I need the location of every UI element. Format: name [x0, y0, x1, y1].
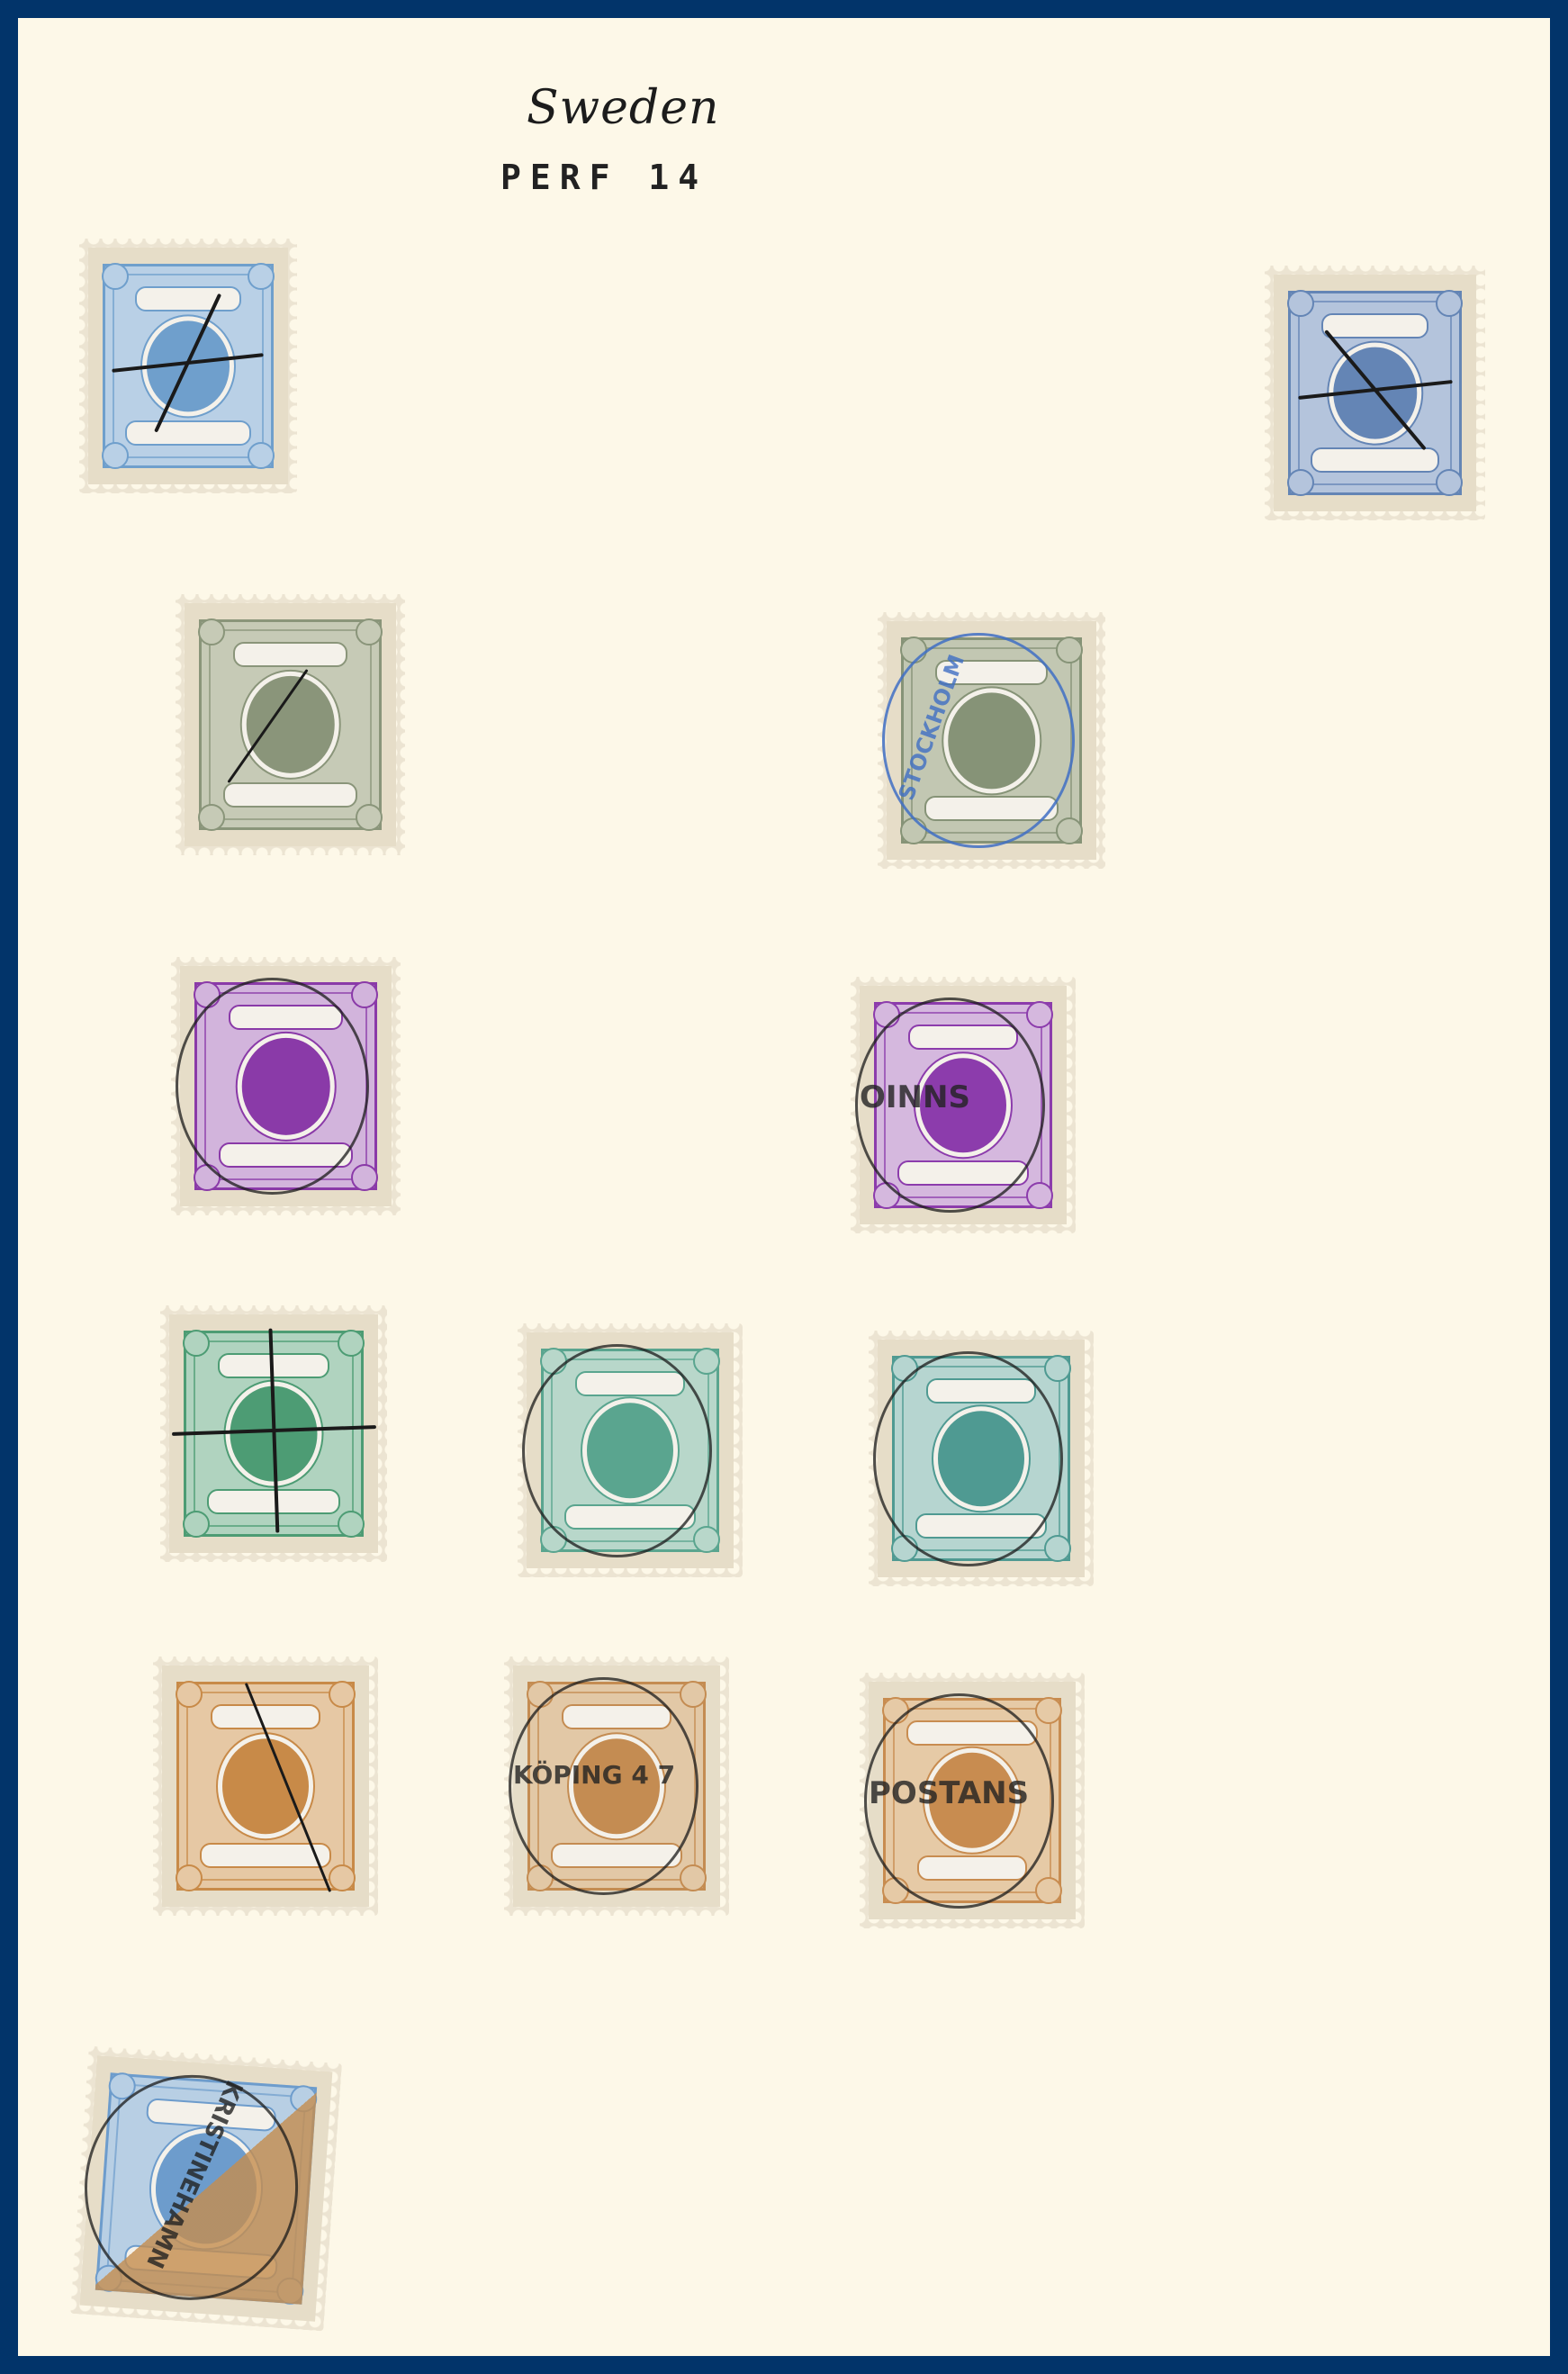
rosette-icon — [1287, 290, 1314, 317]
rosette-icon — [176, 1681, 203, 1708]
stamp-50-s11: KÖPING 4 7 — [504, 1656, 729, 1916]
rosette-icon — [680, 1864, 707, 1891]
stamp-50-s12: POSTANS — [860, 1673, 1085, 1928]
rosette-icon — [198, 618, 225, 645]
rosette-icon — [1035, 1877, 1062, 1904]
stamp-denomination — [223, 782, 358, 808]
rosette-icon — [329, 1681, 356, 1708]
stamp-24-s4: STOCKHOLM — [878, 612, 1105, 869]
rosette-icon — [1026, 1182, 1053, 1209]
rosette-icon — [1436, 469, 1463, 496]
value-circle — [241, 672, 339, 778]
rosette-icon — [1056, 817, 1083, 844]
stamp-design — [176, 1682, 355, 1891]
stamp-24-s3 — [176, 594, 405, 855]
stamp-header — [1321, 313, 1429, 338]
rosette-icon — [183, 1330, 210, 1357]
rosette-icon — [356, 804, 383, 831]
stamp-1Kr-s13: KRISTINEHAMN — [70, 2046, 342, 2332]
postmark-ring — [522, 1344, 712, 1557]
rosette-icon — [1035, 1697, 1062, 1724]
rosette-icon — [329, 1864, 356, 1891]
stamp-30-s8 — [518, 1323, 743, 1577]
stamp-30-s7 — [160, 1305, 387, 1562]
rosette-icon — [1056, 636, 1083, 663]
rosette-icon — [1026, 1001, 1053, 1028]
postmark-text: OINNS — [860, 1079, 970, 1115]
rosette-icon — [1436, 290, 1463, 317]
stamp-header — [135, 286, 241, 311]
stamp-24-s6: OINNS — [851, 977, 1076, 1233]
postmark-ring — [873, 1351, 1063, 1566]
stamp-design — [199, 619, 382, 830]
rosette-icon — [102, 263, 129, 290]
stamp-header — [233, 642, 347, 667]
rosette-icon — [248, 442, 275, 469]
stamp-50-s10 — [153, 1656, 378, 1916]
rosette-icon — [183, 1511, 210, 1538]
rosette-icon — [102, 442, 129, 469]
rosette-icon — [351, 981, 378, 1008]
rosette-icon — [351, 1164, 378, 1191]
rosette-icon — [356, 618, 383, 645]
rosette-icon — [248, 263, 275, 290]
rosette-icon — [176, 1864, 203, 1891]
rosette-icon — [680, 1681, 707, 1708]
postmark-text: KÖPING 4 7 — [513, 1760, 675, 1790]
stamp-20-s2 — [1265, 266, 1485, 520]
postmark-text: POSTANS — [869, 1775, 1029, 1811]
rosette-icon — [693, 1526, 720, 1553]
rosette-icon — [338, 1511, 365, 1538]
page-title: Sweden — [527, 81, 719, 135]
postmark-ring — [882, 633, 1074, 849]
perforation-note: PERF 14 — [500, 158, 707, 197]
rosette-icon — [1287, 469, 1314, 496]
value-circle — [218, 1734, 313, 1838]
stamp-20-s1 — [79, 239, 297, 493]
stamp-header — [211, 1704, 321, 1729]
stamp-denomination — [1311, 447, 1438, 473]
rosette-icon — [1044, 1535, 1071, 1562]
stamp-24-s5 — [171, 957, 401, 1215]
postmark-ring — [176, 978, 369, 1195]
stamp-30-s9 — [869, 1331, 1094, 1586]
rosette-icon — [338, 1330, 365, 1357]
rosette-icon — [198, 804, 225, 831]
rosette-icon — [1044, 1355, 1071, 1382]
rosette-icon — [693, 1348, 720, 1375]
stamp-denomination — [125, 420, 251, 446]
